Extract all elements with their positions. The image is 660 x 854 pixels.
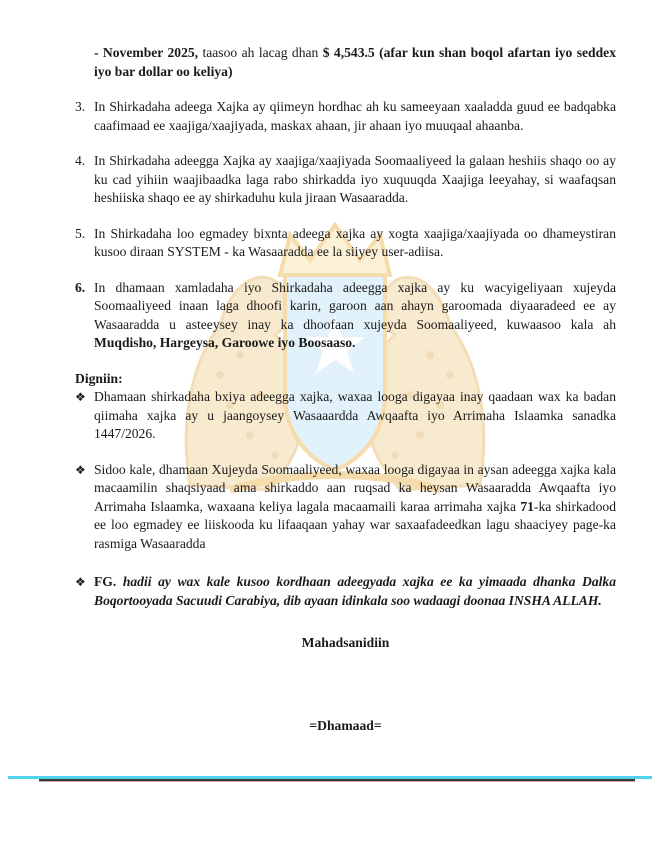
warning-heading: Digniin:: [75, 370, 616, 389]
diamond-bullet-icon: ❖: [75, 573, 86, 592]
item-number: 4.: [75, 152, 85, 171]
item-text: In Shirkadaha adeega Xajka ay qiimeyn ho…: [94, 99, 616, 133]
closing-thanks: Mahadsanidiin: [75, 634, 616, 653]
diamond-bullet-icon: ❖: [75, 388, 86, 407]
note-bullet: ❖ FG. hadii ay wax kale kusoo kordhaan a…: [75, 573, 616, 610]
city-list: Muqdisho, Hargeysa, Garoowe iyo Boosaaso…: [94, 335, 355, 350]
footer-divider-shadow: [39, 781, 635, 782]
warning-bullet: ❖ Sidoo kale, dhamaan Xujeyda Soomaaliye…: [75, 461, 616, 554]
list-item: 4. In Shirkadaha adeegga Xajka ay xaajig…: [75, 152, 616, 208]
note-label: FG.: [94, 574, 116, 589]
price-intro-text: taasoo ah lacag dhan: [198, 45, 323, 60]
document-page: - November 2025, taasoo ah lacag dhan $ …: [0, 0, 660, 854]
item-text: In Shirkadaha loo egmadey bixnta adeega …: [94, 226, 616, 260]
item-number: 6.: [75, 279, 85, 298]
note-text: hadii ay wax kale kusoo kordhaan adeegya…: [94, 574, 616, 608]
diamond-bullet-icon: ❖: [75, 461, 86, 480]
warning-bullet: ❖ Dhamaan shirkadaha bxiya adeegga xajka…: [75, 388, 616, 444]
date-text: - November 2025,: [94, 45, 198, 60]
list-item: 6. In dhamaan xamladaha iyo Shirkadaha a…: [75, 279, 616, 353]
list-item: 5. In Shirkadaha loo egmadey bixnta adee…: [75, 225, 616, 262]
list-item: 3. In Shirkadaha adeega Xajka ay qiimeyn…: [75, 98, 616, 135]
item-number: 3.: [75, 98, 85, 117]
price-statement: - November 2025, taasoo ah lacag dhan $ …: [75, 44, 616, 81]
bullet-text: Dhamaan shirkadaha bxiya adeegga xajka, …: [94, 389, 616, 441]
end-marker: =Dhamaad=: [75, 717, 616, 736]
item-text: In dhamaan xamladaha iyo Shirkadaha adee…: [94, 280, 616, 332]
item-number: 5.: [75, 225, 85, 244]
company-count: 71: [520, 499, 534, 514]
document-body: - November 2025, taasoo ah lacag dhan $ …: [75, 44, 616, 735]
item-text: In Shirkadaha adeegga Xajka ay xaajiga/x…: [94, 153, 616, 205]
